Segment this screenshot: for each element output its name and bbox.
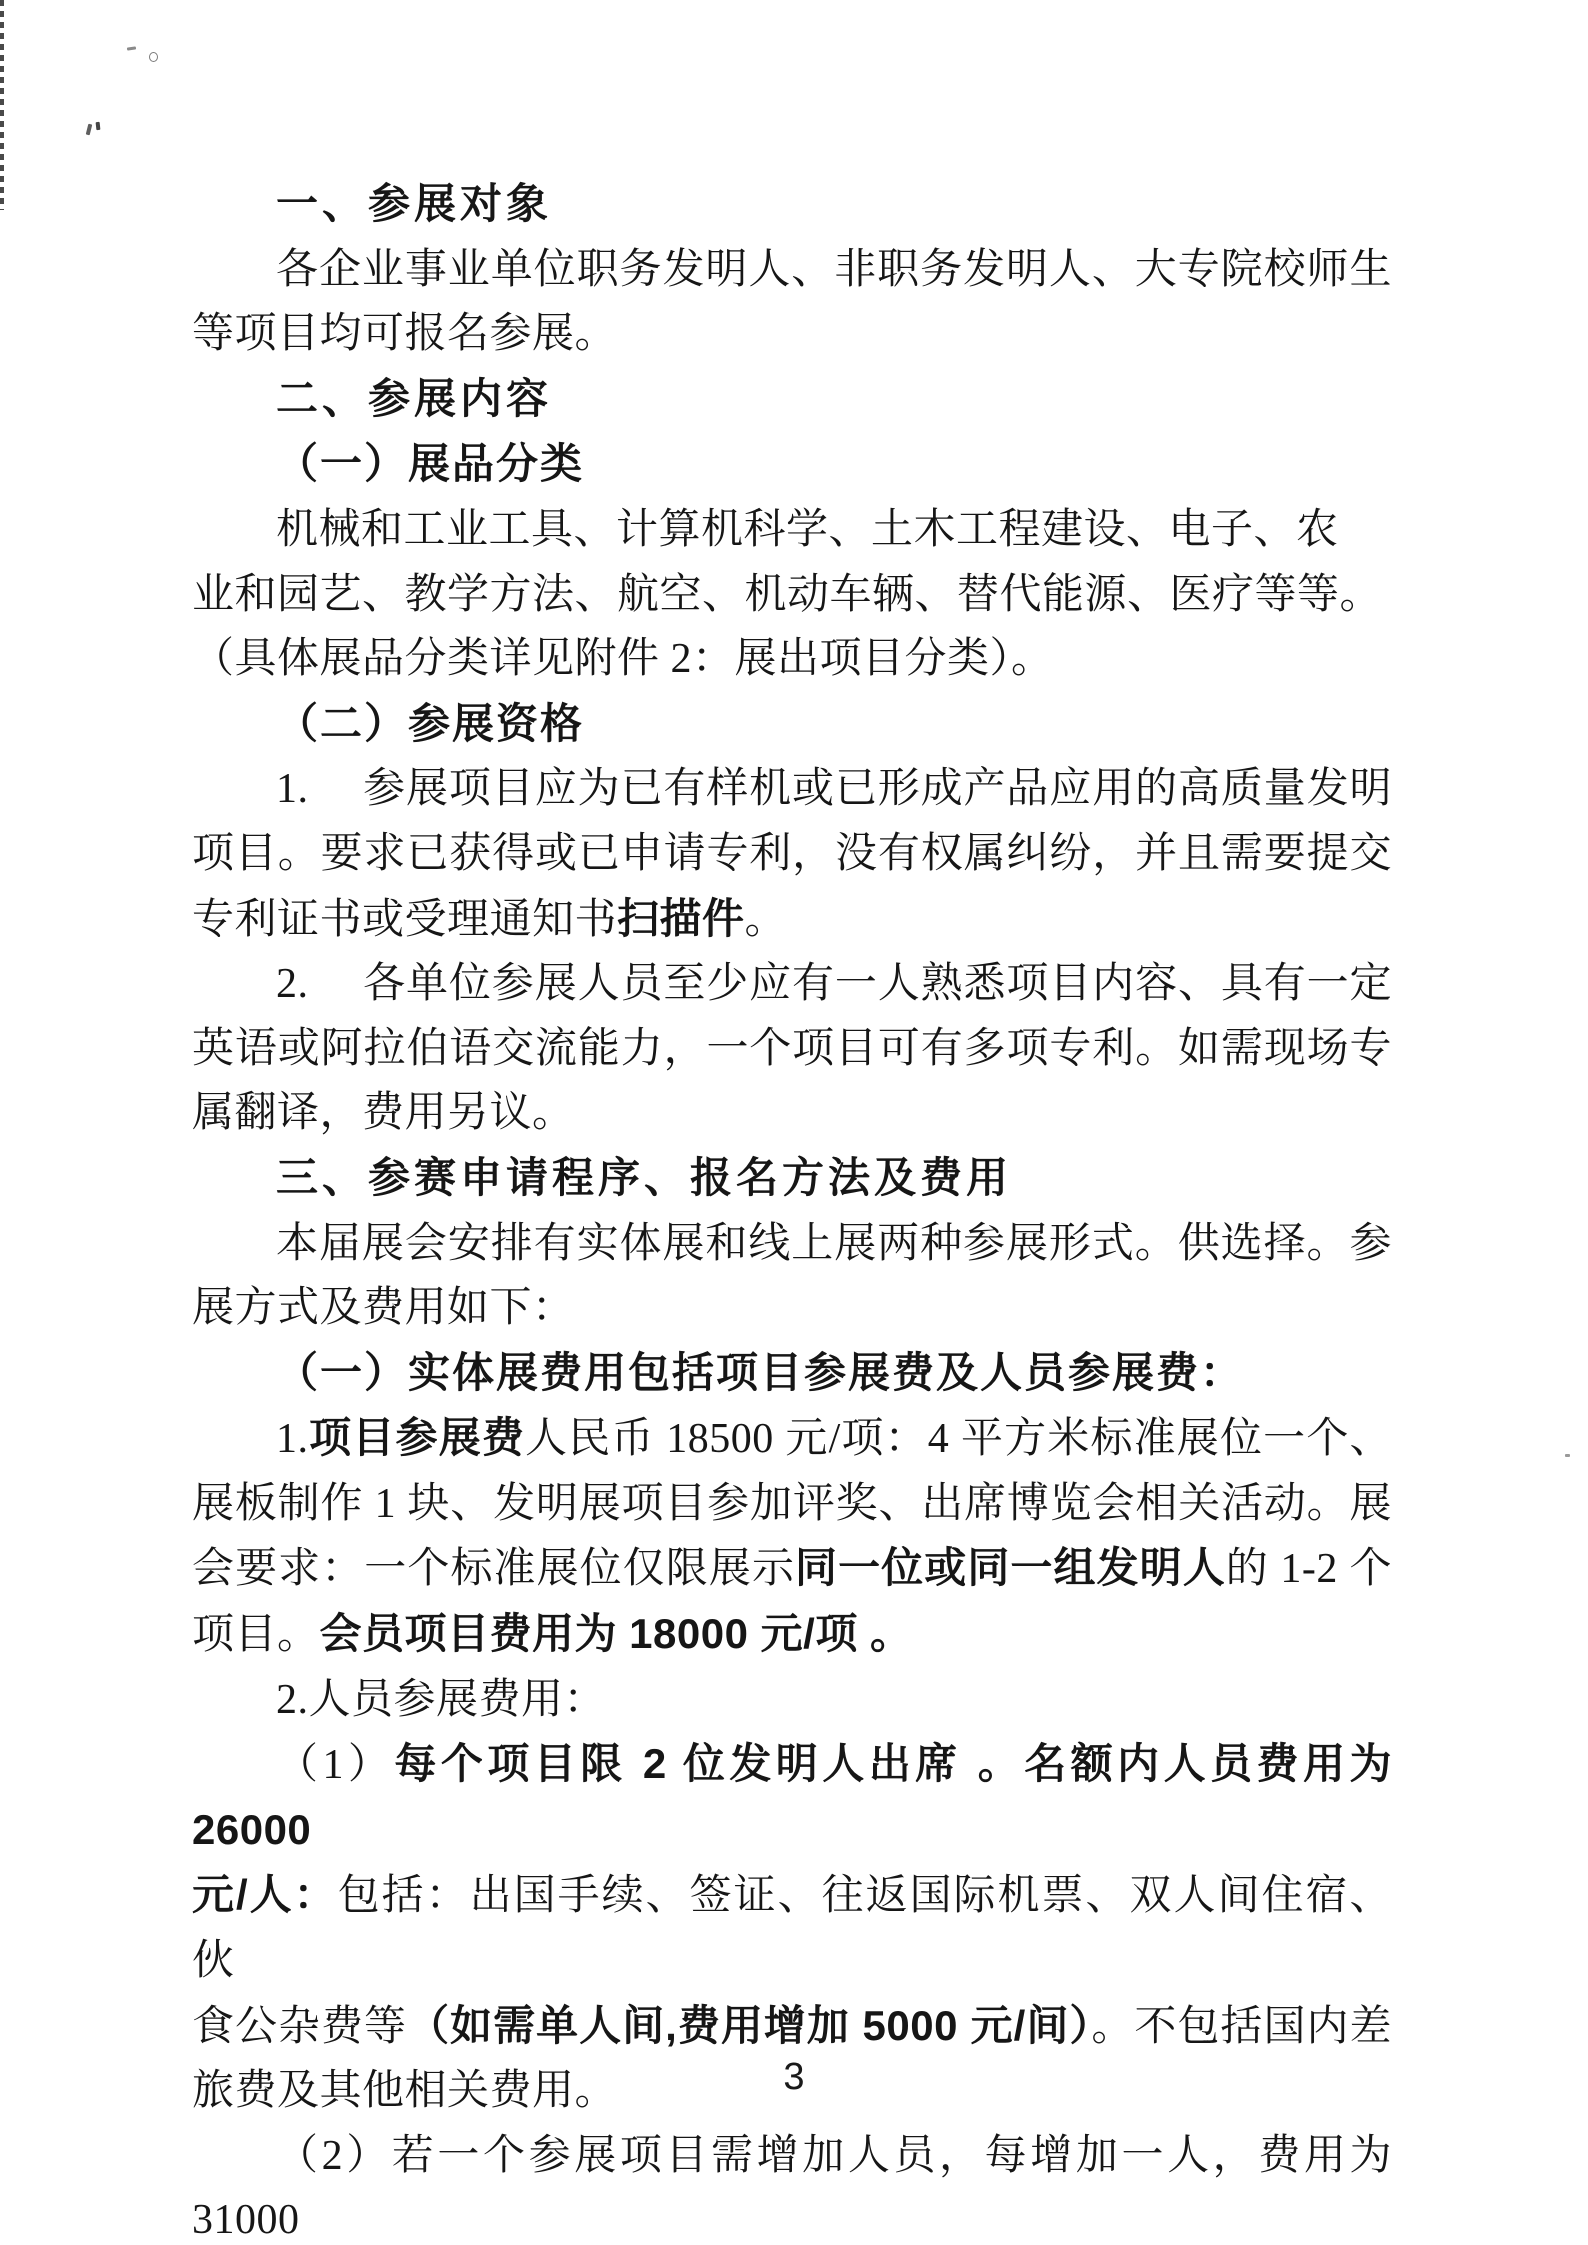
heading-line: 三、参赛申请程序、报名方法及费用 (192, 1146, 1392, 1212)
text-segment: 1. 参展项目应为已有样机或已形成产品应用的高质量发明 (276, 766, 1392, 812)
text-segment: 人民币 18500 元/项：4 平方米标准展位一个、 (525, 1416, 1392, 1462)
scan-artifact (127, 46, 136, 50)
text-line: 等项目均可报名参展。 (192, 302, 1392, 367)
page-number: 3 (0, 2056, 1588, 2099)
heading-line: （二）参展资格 (192, 692, 1392, 758)
text-line: 展方式及费用如下： (192, 1276, 1392, 1341)
bold-text-segment: 同一位或同一组发明人 (795, 1544, 1226, 1591)
heading-line: （一）展品分类 (192, 432, 1392, 498)
text-segment: 2. 各单位参展人员至少应有一人熟悉项目内容、具有一定 (276, 961, 1392, 1007)
text-line: （1）每个项目限 2 位发明人出席 。名额内人员费用为 26000 (192, 1732, 1392, 1863)
bold-text-segment: 一、参展对象 (276, 180, 552, 227)
text-segment: 业和园艺、教学方法、航空、机动车辆、替代能源、医疗等等。 (192, 572, 1382, 618)
text-line: 专利证书或受理通知书扫描件。 (192, 887, 1392, 953)
bold-text-segment: 会员项目费用为 18000 元/项 。 (320, 1610, 913, 1657)
text-segment: 会要求：一个标准展位仅限展示 (192, 1546, 795, 1592)
text-line: 本届展会安排有实体展和线上展两种参展形式。供选择。参 (192, 1212, 1392, 1277)
text-segment: 展方式及费用如下： (192, 1285, 575, 1331)
text-line: 元/人：包括：出国手续、签证、往返国际机票、双人间住宿、伙 (192, 1863, 1392, 1993)
text-segment: 。不包括国内差 (1091, 2004, 1392, 2050)
text-segment: （具体展品分类详见附件 2：展出项目分类）。 (192, 636, 1054, 682)
document-body: 一、参展对象各企业事业单位职务发明人、非职务发明人、大专院校师生等项目均可报名参… (192, 172, 1392, 2245)
text-segment: 各企业事业单位职务发明人、非职务发明人、大专院校师生 (276, 247, 1392, 293)
text-segment: 英语或阿拉伯语交流能力，一个项目可有多项专利。如需现场专 (192, 1026, 1392, 1072)
text-segment: 2.人员参展费用： (276, 1677, 606, 1723)
scan-artifact (1565, 1454, 1570, 1457)
scan-artifact (149, 52, 158, 62)
text-line: （2）若一个参展项目需增加人员，每增加一人，费用为 31000 (192, 2124, 1392, 2245)
text-segment: 机械和工业工具、计算机科学、土木工程建设、电子、农 (276, 507, 1339, 553)
text-line: 1. 参展项目应为已有样机或已形成产品应用的高质量发明 (192, 757, 1392, 822)
text-line: 项目。会员项目费用为 18000 元/项 。 (192, 1602, 1392, 1668)
text-segment: 展板制作 1 块、发明展项目参加评奖、出席博览会相关活动。展 (192, 1481, 1392, 1527)
text-segment: 。 (745, 897, 788, 943)
text-line: 2. 各单位参展人员至少应有一人熟悉项目内容、具有一定 (192, 952, 1392, 1017)
bold-text-segment: 二、参展内容 (276, 375, 552, 422)
text-segment: 本届展会安排有实体展和线上展两种参展形式。供选择。参 (276, 1221, 1392, 1267)
text-segment: 专利证书或受理通知书 (192, 897, 617, 943)
text-line: 食公杂费等（如需单人间,费用增加 5000 元/间）。不包括国内差 (192, 1994, 1392, 2060)
text-segment: 1. (276, 1416, 309, 1462)
heading-line: （一）实体展费用包括项目参展费及人员参展费： (192, 1341, 1392, 1407)
text-segment: （2）若一个参展项目需增加人员，每增加一人，费用为 31000 (192, 2133, 1392, 2244)
text-segment: （1） (276, 1742, 394, 1788)
text-segment: 包括：出国手续、签证、往返国际机票、双人间住宿、伙 (192, 1873, 1392, 1984)
text-line: 会要求：一个标准展位仅限展示同一位或同一组发明人的 1-2 个 (192, 1536, 1392, 1602)
scan-artifact (96, 122, 101, 130)
bold-text-segment: 扫描件 (617, 895, 745, 942)
bold-text-segment: 项目参展费 (309, 1414, 526, 1461)
text-line: 各企业事业单位职务发明人、非职务发明人、大专院校师生 (192, 238, 1392, 303)
text-line: （具体展品分类详见附件 2：展出项目分类）。 (192, 627, 1392, 692)
text-line: 2.人员参展费用： (192, 1668, 1392, 1733)
text-segment: 属翻译，费用另议。 (192, 1090, 575, 1136)
text-line: 机械和工业工具、计算机科学、土木工程建设、电子、农 (192, 498, 1392, 563)
text-line: 项目。要求已获得或已申请专利，没有权属纠纷，并且需要提交 (192, 822, 1392, 887)
bold-text-segment: 三、参赛申请程序、报名方法及费用 (276, 1154, 1012, 1201)
heading-line: 二、参展内容 (192, 367, 1392, 433)
text-segment: 食公杂费等 (192, 2004, 407, 2050)
text-segment: 等项目均可报名参展。 (192, 311, 617, 357)
text-line: 1.项目参展费人民币 18500 元/项：4 平方米标准展位一个、 (192, 1406, 1392, 1472)
text-line: 英语或阿拉伯语交流能力，一个项目可有多项专利。如需现场专 (192, 1017, 1392, 1082)
bold-text-segment: （一）实体展费用包括项目参展费及人员参展费： (276, 1349, 1244, 1396)
text-line: 属翻译，费用另议。 (192, 1081, 1392, 1146)
text-segment: 项目。要求已获得或已申请专利，没有权属纠纷，并且需要提交 (192, 831, 1392, 877)
bold-text-segment: （一）展品分类 (276, 440, 584, 487)
bold-text-segment: （二）参展资格 (276, 700, 584, 747)
text-segment: 项目。 (192, 1612, 320, 1658)
scan-edge-artifact (0, 0, 4, 210)
heading-line: 一、参展对象 (192, 172, 1392, 238)
scan-artifact (86, 124, 93, 136)
text-line: 展板制作 1 块、发明展项目参加评奖、出席博览会相关活动。展 (192, 1472, 1392, 1537)
bold-text-segment: 元/人： (192, 1871, 338, 1918)
text-line: 业和园艺、教学方法、航空、机动车辆、替代能源、医疗等等。 (192, 563, 1392, 628)
bold-text-segment: （如需单人间,费用增加 5000 元/间） (407, 2002, 1091, 2049)
text-segment: 的 1-2 个 (1226, 1546, 1392, 1592)
